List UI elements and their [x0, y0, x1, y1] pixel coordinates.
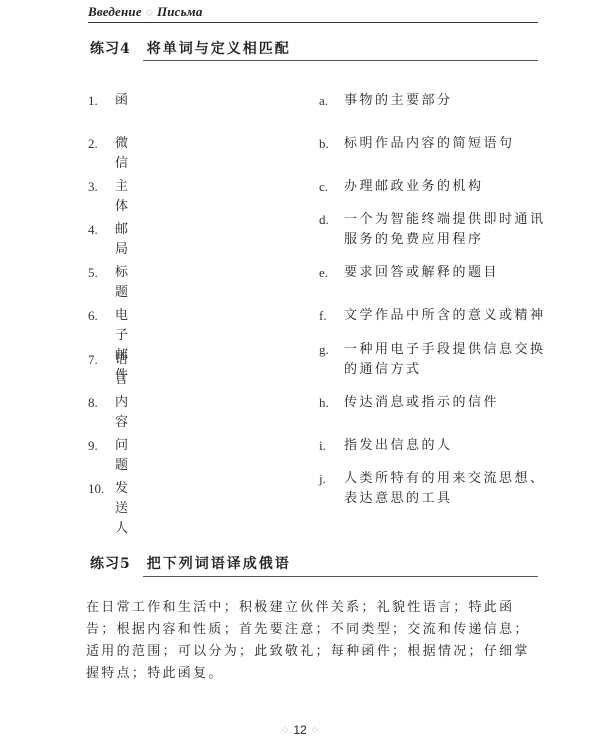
definition-item: j. 人类所特有的用来交流思想、表达意思的工具 — [319, 469, 559, 509]
page-footer: ◇12◇ — [0, 723, 600, 737]
definition-item: h. 传达消息或指示的信件 — [319, 393, 559, 413]
definition-text: 标明作品内容的简短语句 — [344, 134, 559, 154]
definition-item: i. 指发出信息的人 — [319, 436, 559, 456]
definition-letter: h. — [319, 393, 344, 413]
term-text: 内容 — [115, 393, 131, 433]
definition-item: c. 办理邮政业务的机构 — [319, 177, 559, 197]
definition-text: 一个为智能终端提供即时通讯服务的免费应用程序 — [344, 210, 559, 250]
diamond-ornament-icon: ◇ — [312, 725, 318, 734]
term-text: 主体 — [115, 177, 131, 217]
term-number: 4. — [88, 220, 115, 240]
definition-text: 办理邮政业务的机构 — [344, 177, 559, 197]
term-number: 9. — [88, 436, 115, 456]
term-text: 问题 — [115, 436, 131, 476]
term-number: 2. — [88, 134, 115, 154]
term-number: 5. — [88, 263, 115, 283]
term-text: 微信 — [115, 134, 131, 174]
term-item: 10. 发送人 — [88, 479, 131, 539]
term-number: 7. — [88, 350, 115, 370]
running-head-section: Введение — [88, 4, 142, 19]
definition-letter: f. — [319, 306, 344, 326]
exercise4-heading: 练习4将单词与定义相匹配 — [90, 38, 291, 58]
definition-item: g. 一种用电子手段提供信息交换的通信方式 — [319, 340, 559, 380]
term-text: 标题 — [115, 263, 131, 303]
term-text: 邮局 — [115, 220, 131, 260]
running-head-chapter: Письма — [157, 4, 203, 19]
page-number: 12 — [293, 723, 306, 737]
definition-item: b. 标明作品内容的简短语句 — [319, 134, 559, 154]
definition-letter: b. — [319, 134, 344, 154]
term-item: 4. 邮局 — [88, 220, 131, 260]
exercise5-heading: 练习5把下列词语译成俄语 — [90, 553, 291, 573]
definition-item: d. 一个为智能终端提供即时通讯服务的免费应用程序 — [319, 210, 559, 250]
definition-item: f. 文学作品中所含的意义或精神 — [319, 306, 559, 326]
term-text: 函 — [115, 91, 131, 111]
exercise4-title: 将单词与定义相匹配 — [147, 41, 291, 57]
definition-item: a. 事物的主要部分 — [319, 91, 559, 111]
definition-text: 传达消息或指示的信件 — [344, 393, 559, 413]
definition-letter: c. — [319, 177, 344, 197]
definition-text: 要求回答或解释的题目 — [344, 263, 559, 283]
term-item: 2. 微信 — [88, 134, 131, 174]
exercise5-number: 练习5 — [90, 556, 131, 572]
header-rule — [88, 22, 538, 23]
definition-item: e. 要求回答或解释的题目 — [319, 263, 559, 283]
exercise5-title: 把下列词语译成俄语 — [147, 556, 291, 572]
definition-letter: a. — [319, 91, 344, 111]
diamond-separator-icon: ◇ — [146, 7, 153, 18]
term-number: 1. — [88, 91, 115, 111]
definition-text: 一种用电子手段提供信息交换的通信方式 — [344, 340, 559, 380]
exercise5-rule — [143, 576, 538, 577]
definition-text: 事物的主要部分 — [344, 91, 559, 111]
definition-letter: i. — [319, 436, 344, 456]
definition-letter: j. — [319, 469, 344, 489]
term-number: 10. — [88, 479, 115, 499]
running-head: Введение◇Письма — [88, 4, 203, 20]
term-item: 1. 函 — [88, 91, 131, 111]
exercise4-number: 练习4 — [90, 41, 131, 57]
term-item: 5. 标题 — [88, 263, 131, 303]
definition-text: 指发出信息的人 — [344, 436, 559, 456]
term-number: 8. — [88, 393, 115, 413]
term-item: 3. 主体 — [88, 177, 131, 217]
exercise5-text: 在日常工作和生活中；积极建立伙伴关系；礼貌性语言；特此函告；根据内容和性质；首先… — [86, 597, 544, 685]
definition-letter: g. — [319, 340, 344, 360]
term-number: 6. — [88, 306, 115, 326]
definition-text: 人类所特有的用来交流思想、表达意思的工具 — [344, 469, 559, 509]
definition-letter: e. — [319, 263, 344, 283]
diamond-ornament-icon: ◇ — [282, 725, 288, 734]
term-text: 发送人 — [115, 479, 131, 539]
term-item: 7. 语言 — [88, 350, 131, 390]
term-text: 语言 — [115, 350, 131, 390]
term-number: 3. — [88, 177, 115, 197]
definition-letter: d. — [319, 210, 344, 230]
definition-text: 文学作品中所含的意义或精神 — [344, 306, 559, 326]
exercise4-rule — [143, 60, 538, 61]
term-item: 9. 问题 — [88, 436, 131, 476]
term-item: 8. 内容 — [88, 393, 131, 433]
